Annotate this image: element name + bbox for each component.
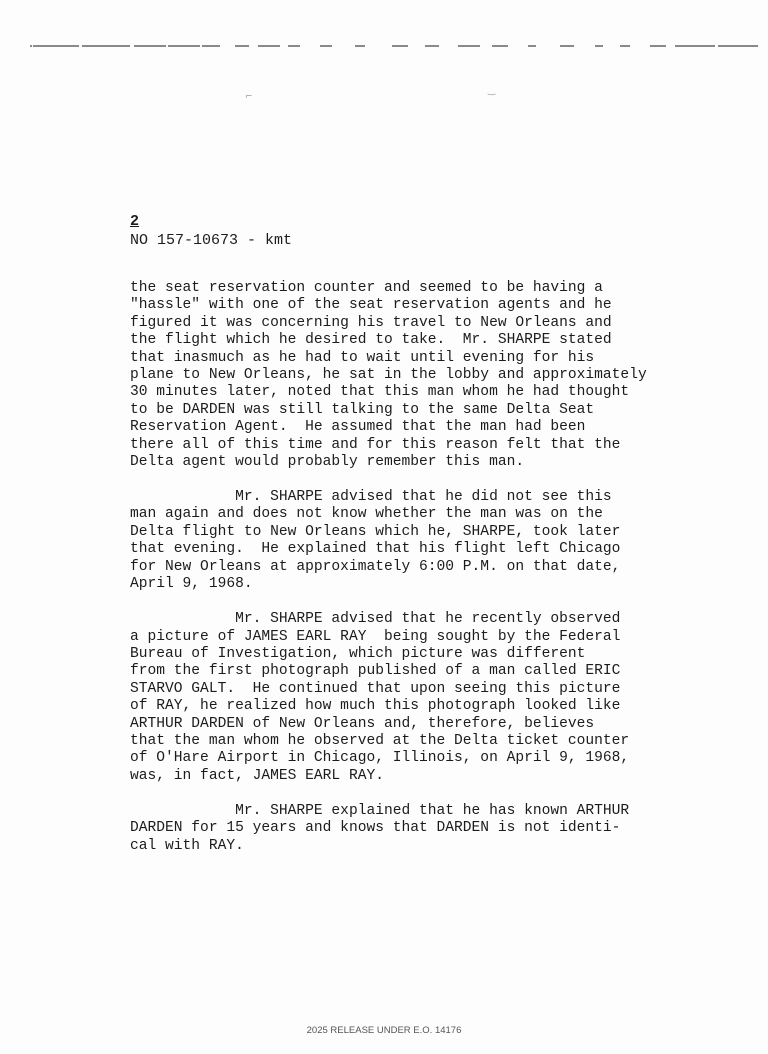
document-body: the seat reservation counter and seemed …: [130, 280, 710, 873]
text-line: Delta flight to New Orleans which he, SH…: [130, 524, 710, 541]
text-line: Delta agent would probably remember this…: [130, 454, 710, 471]
text-line: to be DARDEN was still talking to the sa…: [130, 402, 710, 419]
paragraph: Mr. SHARPE explained that he has known A…: [130, 803, 710, 855]
text-line: for New Orleans at approximately 6:00 P.…: [130, 559, 710, 576]
text-line: Reservation Agent. He assumed that the m…: [130, 419, 710, 436]
document-page: ⌐ ‿ 2 NO 157-10673 - kmt the seat reserv…: [0, 0, 768, 1054]
text-line: DARDEN for 15 years and knows that DARDE…: [130, 820, 710, 837]
text-line: Mr. SHARPE explained that he has known A…: [130, 803, 710, 820]
scan-artifact: ‿: [488, 86, 495, 96]
text-line: April 9, 1968.: [130, 576, 710, 593]
text-line: cal with RAY.: [130, 838, 710, 855]
release-notice: 2025 RELEASE UNDER E.O. 14176: [0, 1025, 768, 1036]
text-line: ARTHUR DARDEN of New Orleans and, theref…: [130, 716, 710, 733]
text-line: the flight which he desired to take. Mr.…: [130, 332, 710, 349]
text-line: figured it was concerning his travel to …: [130, 315, 710, 332]
file-number: NO 157-10673 - kmt: [130, 232, 292, 249]
text-line: Bureau of Investigation, which picture w…: [130, 646, 710, 663]
text-line: Mr. SHARPE advised that he recently obse…: [130, 611, 710, 628]
top-dashed-rule: [30, 45, 720, 47]
scan-artifact: ⌐: [245, 92, 253, 102]
text-line: that the man whom he observed at the Del…: [130, 733, 710, 750]
text-line: there all of this time and for this reas…: [130, 437, 710, 454]
text-line: that inasmuch as he had to wait until ev…: [130, 350, 710, 367]
text-line: that evening. He explained that his flig…: [130, 541, 710, 558]
page-number: 2: [130, 213, 139, 230]
text-line: of O'Hare Airport in Chicago, Illinois, …: [130, 750, 710, 767]
text-line: from the first photograph published of a…: [130, 663, 710, 680]
paragraph: the seat reservation counter and seemed …: [130, 280, 710, 471]
paragraph: Mr. SHARPE advised that he recently obse…: [130, 611, 710, 785]
text-line: "hassle" with one of the seat reservatio…: [130, 297, 710, 314]
text-line: plane to New Orleans, he sat in the lobb…: [130, 367, 710, 384]
text-line: Mr. SHARPE advised that he did not see t…: [130, 489, 710, 506]
text-line: a picture of JAMES EARL RAY being sought…: [130, 629, 710, 646]
paragraph: Mr. SHARPE advised that he did not see t…: [130, 489, 710, 593]
text-line: of RAY, he realized how much this photog…: [130, 698, 710, 715]
text-line: 30 minutes later, noted that this man wh…: [130, 384, 710, 401]
text-line: was, in fact, JAMES EARL RAY.: [130, 768, 710, 785]
text-line: the seat reservation counter and seemed …: [130, 280, 710, 297]
text-line: man again and does not know whether the …: [130, 506, 710, 523]
text-line: STARVO GALT. He continued that upon seei…: [130, 681, 710, 698]
